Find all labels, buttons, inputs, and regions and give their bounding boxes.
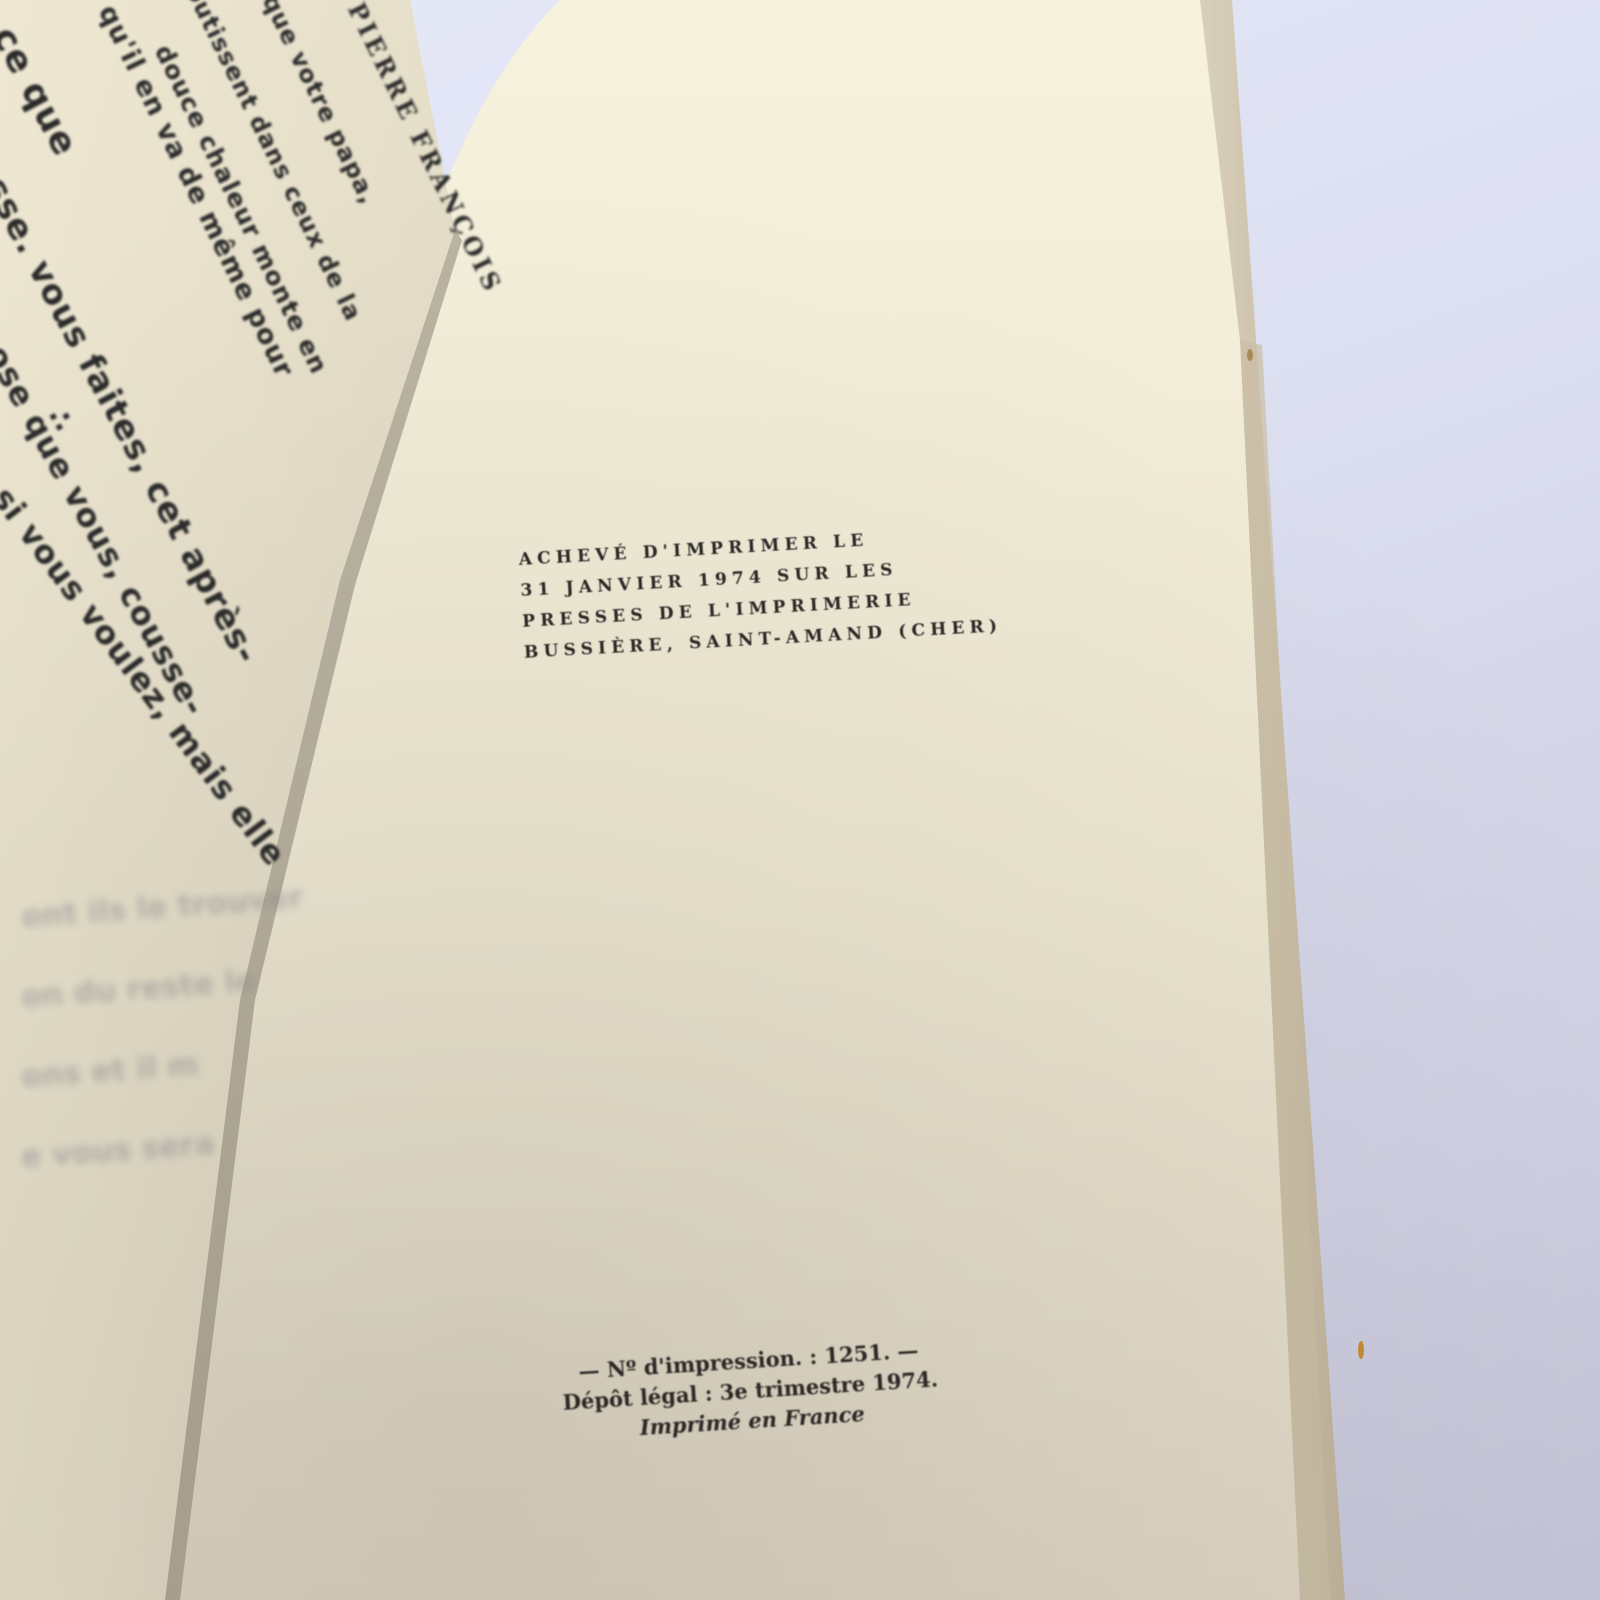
imprint-block: — Nº d'impression. : 1251. — Dépôt légal… (528, 1332, 973, 1449)
right-page: ACHEVÉ D'IMPRIMER LE 31 JANVIER 1974 SUR… (0, 0, 1600, 1600)
photo-scene: PIERRE FRANÇOIS que votre papa, outissen… (0, 0, 1600, 1600)
colophon-block: ACHEVÉ D'IMPRIMER LE 31 JANVIER 1974 SUR… (518, 518, 1003, 669)
